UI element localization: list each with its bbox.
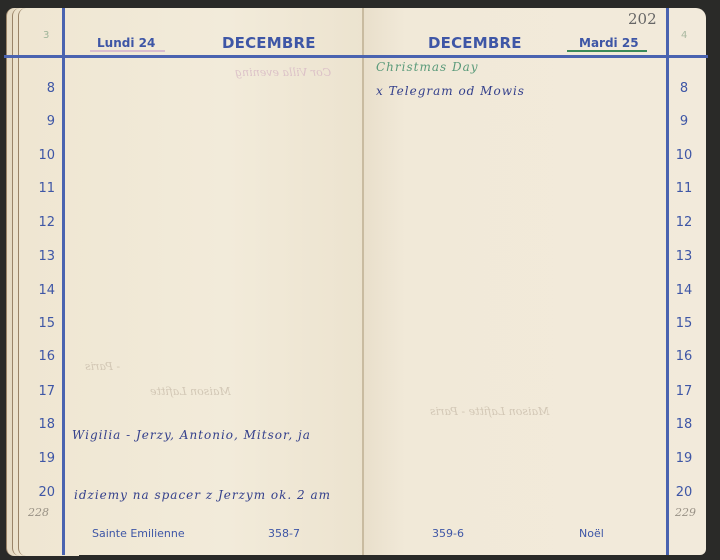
right-corner-number: 4 xyxy=(681,30,687,41)
hour-label: 14 xyxy=(669,283,699,298)
hour-label: 15 xyxy=(669,316,699,331)
footer-saint-name: Sainte Emilienne xyxy=(92,527,185,540)
pencil-page-number: 228 xyxy=(28,506,49,519)
hour-label: 11 xyxy=(669,181,699,196)
hour-label: 15 xyxy=(25,316,55,331)
pencil-page-number: 229 xyxy=(675,506,696,519)
right-header-rule xyxy=(364,55,708,58)
hour-label: 19 xyxy=(25,451,55,466)
hour-label: 20 xyxy=(669,485,699,500)
left-day-underline xyxy=(90,50,165,52)
folio-number: 202 xyxy=(628,10,657,28)
handwritten-entry: x Telegram od Mowis xyxy=(376,84,525,98)
hour-label: 19 xyxy=(669,451,699,466)
right-month-title: DECEMBRE xyxy=(428,34,522,52)
left-day-label: Lundi 24 xyxy=(97,36,155,50)
bleed-through-text: - Paris xyxy=(85,360,120,373)
hour-label: 16 xyxy=(25,349,55,364)
hour-label: 9 xyxy=(25,114,55,129)
hour-label: 18 xyxy=(25,417,55,432)
handwritten-entry: Wigilia - Jerzy, Antonio, Mitsor, ja xyxy=(72,428,311,442)
footer-feast-name: Noël xyxy=(579,527,604,540)
left-page xyxy=(22,8,364,555)
left-month-title: DECEMBRE xyxy=(222,34,316,52)
hour-label: 11 xyxy=(25,181,55,196)
footer-day-count: 359-6 xyxy=(432,527,464,540)
left-margin-rule xyxy=(62,8,65,555)
hour-label: 8 xyxy=(25,81,55,96)
footer-day-count: 358-7 xyxy=(268,527,300,540)
hour-label: 13 xyxy=(669,249,699,264)
hour-label: 10 xyxy=(669,148,699,163)
hour-label: 18 xyxy=(669,417,699,432)
hour-label: 8 xyxy=(669,81,699,96)
bleed-through-text: Maison Lafitte - Paris xyxy=(430,405,549,418)
hour-label: 12 xyxy=(25,215,55,230)
hour-label: 17 xyxy=(669,384,699,399)
left-header-rule xyxy=(4,55,364,58)
hour-label: 13 xyxy=(25,249,55,264)
hour-label: 12 xyxy=(669,215,699,230)
hour-label: 9 xyxy=(669,114,699,129)
hour-label: 16 xyxy=(669,349,699,364)
diary-spread: 3 Lundi 24 DECEMBRE DECEMBRE Mardi 25 20… xyxy=(0,0,720,560)
book-gutter xyxy=(362,8,364,555)
hour-label: 14 xyxy=(25,283,55,298)
handwritten-entry: Christmas Day xyxy=(376,60,479,74)
bleed-through-text: Cor Villa evening xyxy=(235,66,331,79)
hour-label: 20 xyxy=(25,485,55,500)
bleed-through-text: Maison Lafitte xyxy=(150,385,231,398)
right-day-label: Mardi 25 xyxy=(579,36,639,50)
hour-label: 17 xyxy=(25,384,55,399)
handwritten-entry: idziemy na spacer z Jerzym ok. 2 am xyxy=(74,488,331,502)
hour-label: 10 xyxy=(25,148,55,163)
right-day-underline xyxy=(567,50,647,52)
left-corner-number: 3 xyxy=(43,30,49,41)
